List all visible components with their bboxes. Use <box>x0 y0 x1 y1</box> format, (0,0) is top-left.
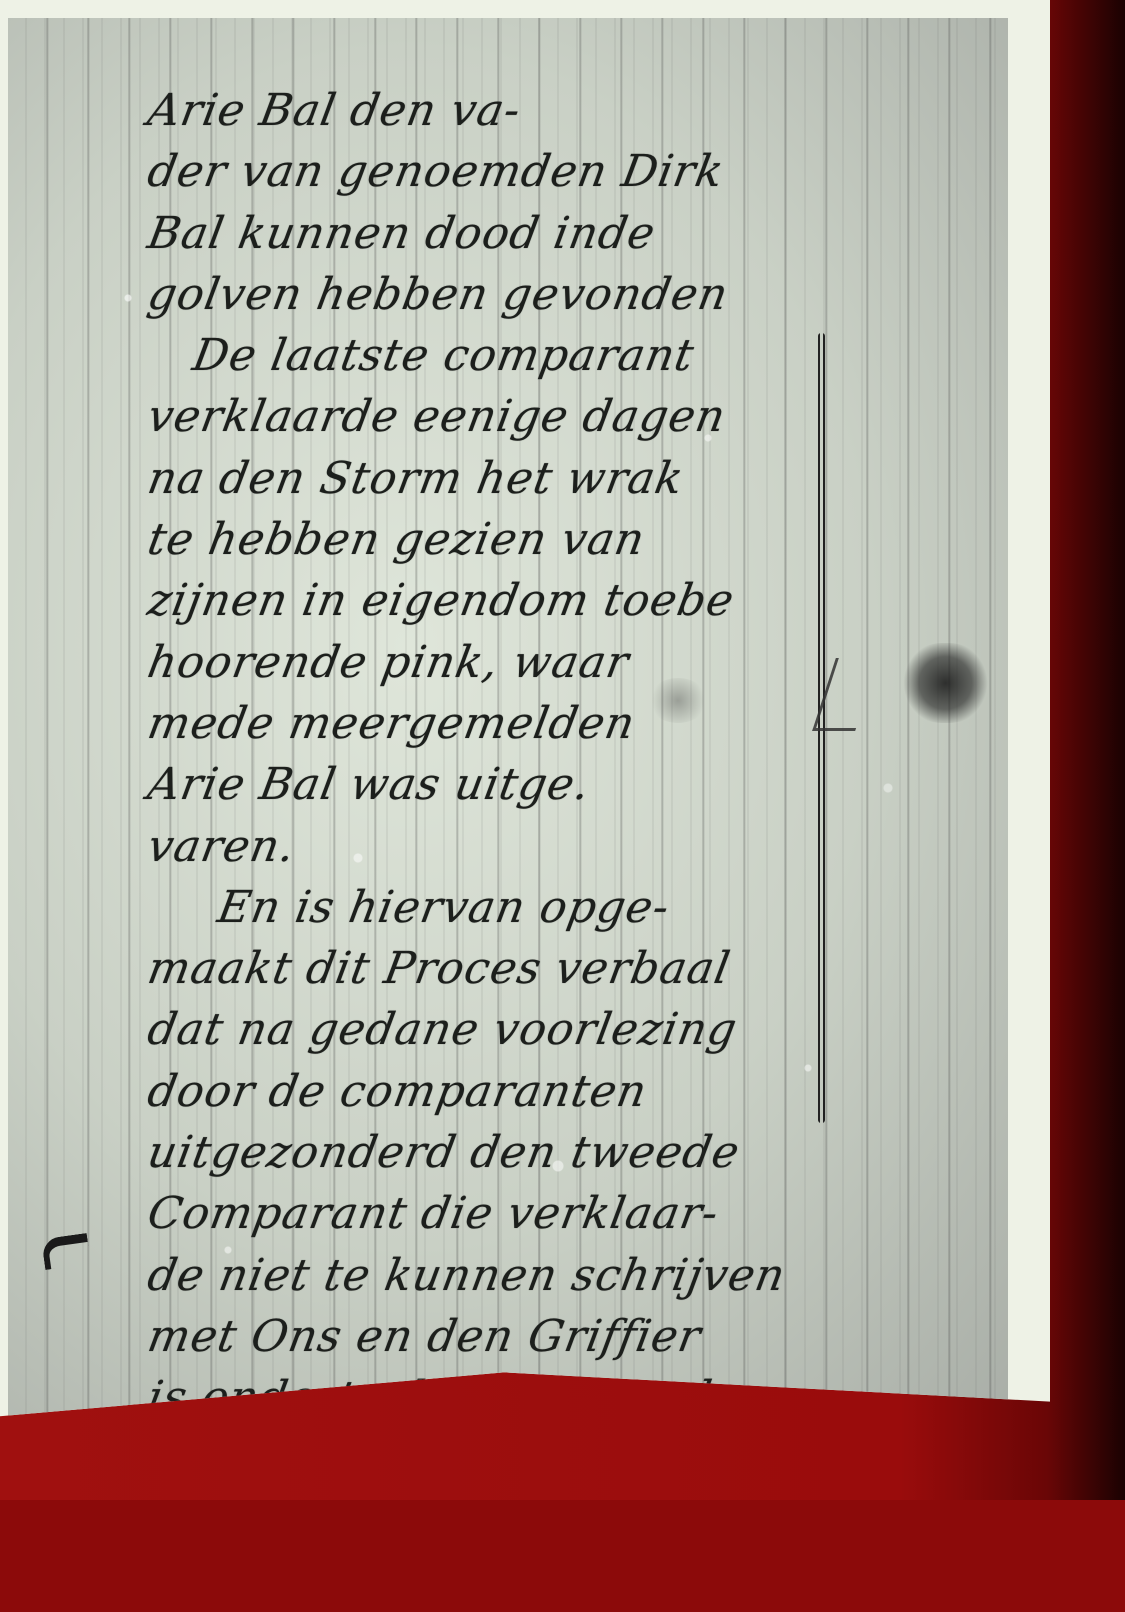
text-line: En is hiervan opge- <box>143 877 834 938</box>
text-line: na den Storm het wrak <box>143 448 834 509</box>
text-line: maakt dit Proces verbaal <box>143 938 834 999</box>
text-line: mede meergemelden <box>143 693 834 754</box>
text-line: Comparant die verklaar- <box>143 1183 834 1244</box>
text-line: zijnen in eigendom toebe <box>143 570 834 631</box>
ink-mark-left-margin <box>41 1233 91 1270</box>
text-line: der van genoemden Dirk <box>143 141 834 202</box>
text-line: met Ons en den Griffier <box>143 1306 834 1367</box>
text-line: verklaarde eenige dagen <box>143 386 834 447</box>
text-line: uitgezonderd den tweede <box>143 1122 834 1183</box>
text-line: varen. <box>143 816 834 877</box>
handwritten-text-block: Arie Bal den va- der van genoemden Dirk … <box>143 80 823 1500</box>
ink-blot-stain <box>903 643 988 723</box>
paper-sheet: Arie Bal den va- der van genoemden Dirk … <box>0 0 1050 1460</box>
text-line: door de comparanten <box>143 1061 834 1122</box>
text-line: golven hebben gevonden <box>143 264 834 325</box>
photocopied-manuscript: Arie Bal den va- der van genoemden Dirk … <box>8 18 1008 1418</box>
text-line: de niet te kunnen schrijven <box>143 1245 834 1306</box>
text-line: te hebben gezien van <box>143 509 834 570</box>
text-line: Arie Bal den va- <box>143 80 834 141</box>
text-line: Bal kunnen dood inde <box>143 203 834 264</box>
text-line: Arie Bal was uitge. <box>143 754 834 815</box>
text-line: De laatste comparant <box>143 325 834 386</box>
text-line: dat na gedane voorlezing <box>143 999 834 1060</box>
text-line: hoorende pink, waar <box>143 632 834 693</box>
